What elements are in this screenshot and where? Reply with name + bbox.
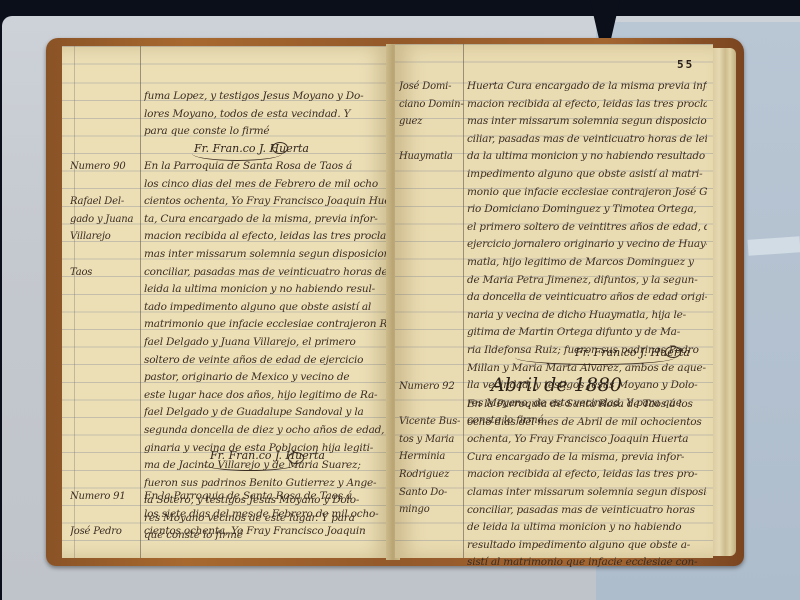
entry-91-text: En la Parroquia de Santa Rosa de Taos á … (144, 488, 390, 541)
month-heading: Abril de 1880 (491, 374, 622, 396)
entry-92-text: En la Parroquia de Santa Rosa de Taos á … (467, 396, 707, 572)
entry-margin-note: Numero 91 José Pedro (70, 488, 140, 541)
page-number: 55 (677, 58, 694, 71)
page-edges (712, 48, 736, 556)
right-page: 55 José Domi- ciano Domin- guez Huaymatl… (395, 44, 713, 558)
entry-margin-note: Numero 92 Vicente Bus- tos y Maria Hermi… (399, 378, 465, 519)
signature-flourish (515, 350, 675, 365)
entry-margin-note: José Domi- ciano Domin- guez Huaymatla (399, 78, 465, 166)
margin-rule (140, 46, 141, 558)
entry-90-text: En la Parroquia de Santa Rosa de Taos á … (144, 158, 390, 545)
entry-margin-note: Numero 90 Rafael Del- gado y Juana Villa… (70, 158, 140, 281)
signature-flourish (202, 456, 298, 471)
left-page: fuma Lopez, y testigos Jesus Moyano y Do… (62, 46, 390, 558)
continuation-text: fuma Lopez, y testigos Jesus Moyano y Do… (144, 88, 390, 141)
page-edge-rule (74, 46, 75, 558)
